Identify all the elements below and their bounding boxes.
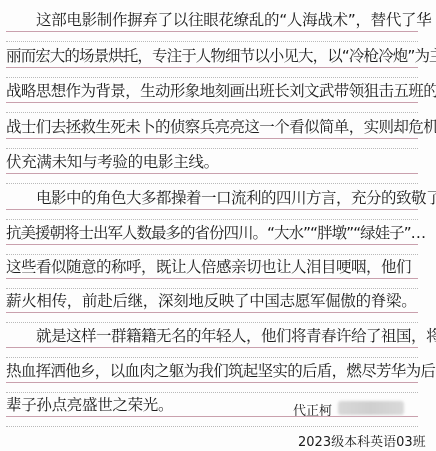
text-line: 抗美援朝将士出军人数最多的省份四川。“大水”“胖墩”“绿娃子”…: [6, 219, 418, 245]
ruled-line: [6, 312, 418, 313]
signature-name: 代正柯: [293, 400, 332, 419]
paragraph-2-line-4: 薪火相传，前赴后继，深刻地反映了中国志愿军倔傲的脊梁。: [6, 292, 416, 310]
text-line: 这部电影制作摒弃了以往眼花缭乱的“人海战术”，替代了华: [6, 6, 418, 32]
ruled-line: [6, 416, 418, 417]
paragraph-1-line-2: 丽而宏大的场景烘托，专注于人物细节以小见大，以“冷枪冷炮”为主要的: [6, 47, 436, 65]
paragraph-3-line-3: 辈子孙点亮盛世之荣光。: [6, 396, 173, 414]
ruled-line: [6, 31, 418, 32]
text-line: 丽而宏大的场景烘托，专注于人物细节以小见大，以“冷枪冷炮”为主要的: [6, 42, 418, 68]
paragraph-1-line-4: 战士们去拯救生死未卜的侦察兵亮亮这一个看似简单，实则却危机四: [6, 118, 436, 136]
paragraph-2-line-1: 电影中的角色大多都操着一口流利的四川方言，充分的致敬了当年: [6, 189, 436, 207]
text-line: 战略思想作为背景，生动形象地刻画出班长刘文武带领狙击五班的: [6, 77, 418, 103]
ruled-line: [6, 382, 418, 383]
paragraph-3-line-2: 热血挥洒他乡，以血肉之躯为我们筑起坚实的后盾，燃尽芳华为后: [6, 362, 435, 380]
paragraph-2-line-3: 这些看似随意的称呼，既让人倍感亲切也让人泪目哽咽，他们: [6, 258, 411, 276]
ruled-line: [6, 244, 418, 245]
text-line: 这些看似随意的称呼，既让人倍感亲切也让人泪目哽咽，他们: [6, 253, 418, 279]
paragraph-2-line-2: 抗美援朝将士出军人数最多的省份四川。“大水”“胖墩”“绿娃子”…: [6, 224, 425, 242]
ruled-line: [6, 138, 418, 139]
text-line: 伏充满未知与考验的电影主线。: [6, 148, 418, 174]
ruled-line: [6, 173, 418, 174]
text-line: 热血挥洒他乡，以血肉之躯为我们筑起坚实的后盾，燃尽芳华为后: [6, 357, 418, 383]
ruled-line: [6, 347, 418, 348]
text-line: 就是这样一群籍籍无名的年轻人，他们将青春许给了祖国，将: [6, 322, 418, 348]
ruled-line: [6, 67, 418, 68]
paragraph-1-line-5: 伏充满未知与考验的电影主线。: [6, 153, 219, 171]
text-line: 战士们去拯救生死未卜的侦察兵亮亮这一个看似简单，实则却危机四: [6, 113, 418, 139]
paragraph-1-line-1: 这部电影制作摒弃了以往眼花缭乱的“人海战术”，替代了华: [6, 11, 431, 29]
ruled-line: [6, 209, 418, 210]
ruled-line: [6, 278, 418, 279]
redacted-name-blur: [338, 401, 404, 415]
paragraph-1-line-3: 战略思想作为背景，生动形象地刻画出班长刘文武带领狙击五班的: [6, 82, 436, 100]
paragraph-3-line-1: 就是这样一群籍籍无名的年轻人，他们将青春许给了祖国，将: [6, 327, 436, 345]
text-line: 电影中的角色大多都操着一口流利的四川方言，充分的致敬了当年: [6, 184, 418, 210]
essay-page: 这部电影制作摒弃了以往眼花缭乱的“人海战术”，替代了华 丽而宏大的场景烘托，专注…: [0, 0, 436, 451]
text-line: 薪火相传，前赴后继，深刻地反映了中国志愿军倔傲的脊梁。: [6, 287, 418, 313]
signature-class: 2023级本科英语03班: [298, 431, 426, 450]
ruled-line: [6, 102, 418, 103]
